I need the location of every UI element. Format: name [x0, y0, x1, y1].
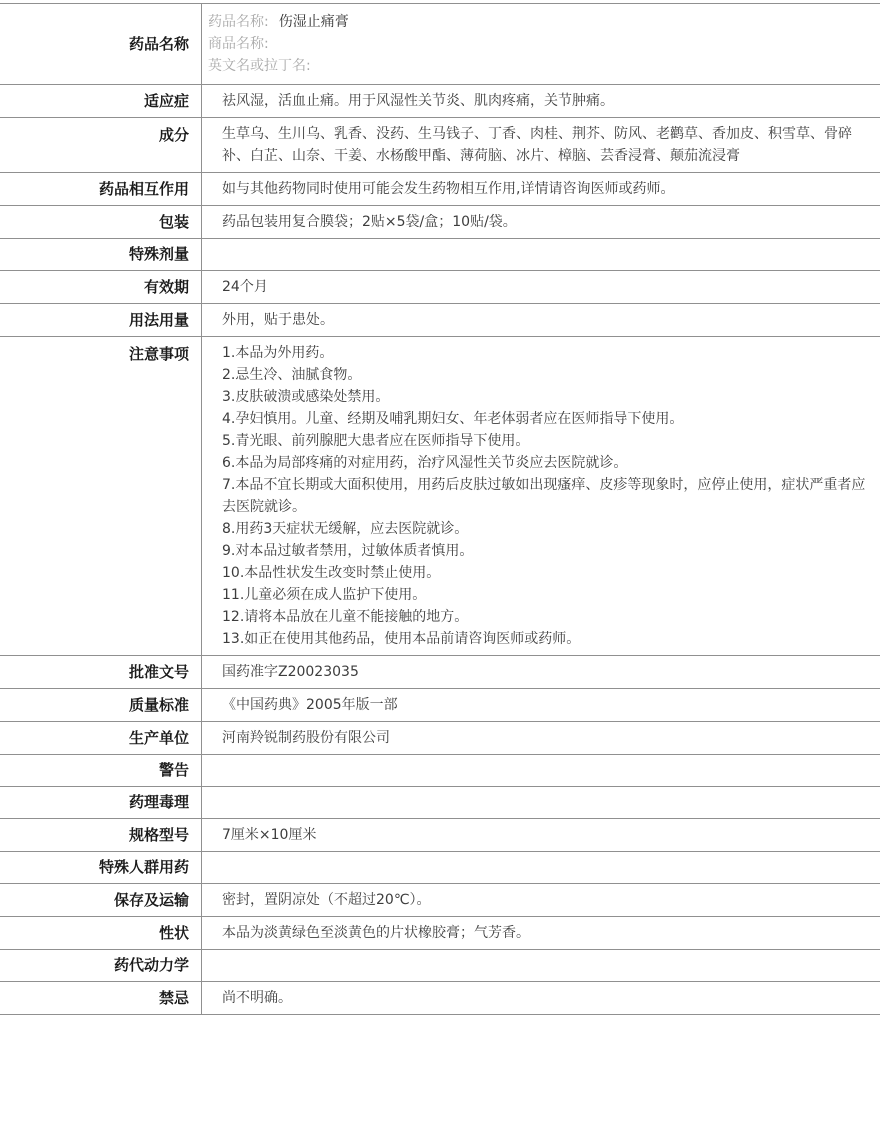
note-line: 10.本品性状发生改变时禁止使用。 [222, 562, 870, 584]
name-field-value: 伤湿止痛膏 [279, 14, 349, 30]
row-label: 性状 [0, 917, 202, 949]
table-row: 药理毒理 [0, 787, 880, 819]
table-row: 警告 [0, 755, 880, 787]
row-label: 药品名称 [0, 4, 202, 84]
table-row: 药代动力学 [0, 950, 880, 982]
content-text: 24个月 [222, 276, 870, 298]
row-content [202, 852, 880, 883]
row-content: 药品包装用复合膜袋；2贴×5袋/盒；10贴/袋。 [202, 206, 880, 238]
note-line: 7.本品不宜长期或大面积使用，用药后皮肤过敏如出现瘙痒、皮疹等现象时，应停止使用… [222, 474, 870, 518]
table-row-drug-name: 药品名称药品名称:伤湿止痛膏商品名称:英文名或拉丁名: [0, 4, 880, 85]
row-content: 国药准字Z20023035 [202, 656, 880, 688]
table-row: 特殊人群用药 [0, 852, 880, 884]
table-row: 适应症祛风湿，活血止痛。用于风湿性关节炎、肌肉疼痛，关节肿痛。 [0, 85, 880, 118]
table-row: 包装药品包装用复合膜袋；2贴×5袋/盒；10贴/袋。 [0, 206, 880, 239]
row-label: 有效期 [0, 271, 202, 303]
row-content: 密封，置阴凉处（不超过20℃）。 [202, 884, 880, 916]
note-line: 1.本品为外用药。 [222, 342, 870, 364]
table-row: 质量标准《中国药典》2005年版一部 [0, 689, 880, 722]
row-content: 7厘米×10厘米 [202, 819, 880, 851]
table-row: 药品相互作用如与其他药物同时使用可能会发生药物相互作用,详情请咨询医师或药师。 [0, 173, 880, 206]
note-line: 2.忌生冷、油腻食物。 [222, 364, 870, 386]
table-row: 特殊剂量 [0, 239, 880, 271]
row-label: 质量标准 [0, 689, 202, 721]
row-label: 适应症 [0, 85, 202, 117]
name-field-label: 药品名称: [208, 14, 269, 30]
name-field-line: 药品名称:伤湿止痛膏 [208, 11, 870, 33]
content-text: 外用，贴于患处。 [222, 309, 870, 331]
note-line: 4.孕妇慎用。儿童、经期及哺乳期妇女、年老体弱者应在医师指导下使用。 [222, 408, 870, 430]
name-field-label: 商品名称: [208, 36, 269, 52]
note-line: 9.对本品过敏者禁用，过敏体质者慎用。 [222, 540, 870, 562]
name-field-label: 英文名或拉丁名: [208, 58, 311, 74]
row-label: 药理毒理 [0, 787, 202, 818]
content-text: 祛风湿，活血止痛。用于风湿性关节炎、肌肉疼痛，关节肿痛。 [222, 90, 870, 112]
row-content [202, 787, 880, 818]
row-label: 包装 [0, 206, 202, 238]
row-label: 特殊人群用药 [0, 852, 202, 883]
table-row: 规格型号7厘米×10厘米 [0, 819, 880, 852]
content-text: 尚不明确。 [222, 987, 870, 1009]
name-field-line: 商品名称: [208, 33, 870, 55]
content-text: 密封，置阴凉处（不超过20℃）。 [222, 889, 870, 911]
row-label: 特殊剂量 [0, 239, 202, 270]
row-content: 本品为淡黄绿色至淡黄色的片状橡胶膏；气芳香。 [202, 917, 880, 949]
row-content: 《中国药典》2005年版一部 [202, 689, 880, 721]
table-row: 禁忌尚不明确。 [0, 982, 880, 1015]
note-line: 12.请将本品放在儿童不能接触的地方。 [222, 606, 870, 628]
note-line: 3.皮肤破溃或感染处禁用。 [222, 386, 870, 408]
row-label: 保存及运输 [0, 884, 202, 916]
row-content: 外用，贴于患处。 [202, 304, 880, 336]
content-text: 《中国药典》2005年版一部 [222, 694, 870, 716]
table-row: 用法用量外用，贴于患处。 [0, 304, 880, 337]
table-row: 注意事项1.本品为外用药。2.忌生冷、油腻食物。3.皮肤破溃或感染处禁用。4.孕… [0, 337, 880, 656]
note-line: 5.青光眼、前列腺肥大患者应在医师指导下使用。 [222, 430, 870, 452]
row-label: 批准文号 [0, 656, 202, 688]
note-line: 8.用药3天症状无缓解，应去医院就诊。 [222, 518, 870, 540]
row-label: 禁忌 [0, 982, 202, 1014]
name-field-line: 英文名或拉丁名: [208, 55, 870, 77]
table-row: 有效期24个月 [0, 271, 880, 304]
row-label: 注意事项 [0, 337, 202, 655]
row-content [202, 239, 880, 270]
row-content: 生草乌、生川乌、乳香、没药、生马钱子、丁香、肉桂、荆芥、防风、老鹳草、香加皮、积… [202, 118, 880, 172]
row-label: 规格型号 [0, 819, 202, 851]
table-row: 生产单位河南羚锐制药股份有限公司 [0, 722, 880, 755]
content-text: 药品包装用复合膜袋；2贴×5袋/盒；10贴/袋。 [222, 211, 870, 233]
row-label: 药代动力学 [0, 950, 202, 981]
row-label: 警告 [0, 755, 202, 786]
row-content: 如与其他药物同时使用可能会发生药物相互作用,详情请咨询医师或药师。 [202, 173, 880, 205]
drug-info-table: 药品名称药品名称:伤湿止痛膏商品名称:英文名或拉丁名:适应症祛风湿，活血止痛。用… [0, 3, 880, 1015]
content-text: 如与其他药物同时使用可能会发生药物相互作用,详情请咨询医师或药师。 [222, 178, 870, 200]
note-line: 11.儿童必须在成人监护下使用。 [222, 584, 870, 606]
row-label: 用法用量 [0, 304, 202, 336]
row-label: 成分 [0, 118, 202, 172]
row-content: 1.本品为外用药。2.忌生冷、油腻食物。3.皮肤破溃或感染处禁用。4.孕妇慎用。… [202, 337, 880, 655]
table-row: 批准文号国药准字Z20023035 [0, 656, 880, 689]
content-text: 河南羚锐制药股份有限公司 [222, 727, 870, 749]
note-line: 6.本品为局部疼痛的对症用药，治疗风湿性关节炎应去医院就诊。 [222, 452, 870, 474]
row-label: 生产单位 [0, 722, 202, 754]
row-content [202, 950, 880, 981]
row-content: 药品名称:伤湿止痛膏商品名称:英文名或拉丁名: [202, 4, 880, 84]
table-row: 成分生草乌、生川乌、乳香、没药、生马钱子、丁香、肉桂、荆芥、防风、老鹳草、香加皮… [0, 118, 880, 173]
note-line: 13.如正在使用其他药品，使用本品前请咨询医师或药师。 [222, 628, 870, 650]
row-content: 24个月 [202, 271, 880, 303]
content-text: 7厘米×10厘米 [222, 824, 870, 846]
content-text: 生草乌、生川乌、乳香、没药、生马钱子、丁香、肉桂、荆芥、防风、老鹳草、香加皮、积… [222, 123, 870, 167]
row-content: 尚不明确。 [202, 982, 880, 1014]
content-text: 国药准字Z20023035 [222, 661, 870, 683]
row-label: 药品相互作用 [0, 173, 202, 205]
table-row: 性状本品为淡黄绿色至淡黄色的片状橡胶膏；气芳香。 [0, 917, 880, 950]
table-row: 保存及运输密封，置阴凉处（不超过20℃）。 [0, 884, 880, 917]
row-content: 祛风湿，活血止痛。用于风湿性关节炎、肌肉疼痛，关节肿痛。 [202, 85, 880, 117]
row-content [202, 755, 880, 786]
content-text: 本品为淡黄绿色至淡黄色的片状橡胶膏；气芳香。 [222, 922, 870, 944]
row-content: 河南羚锐制药股份有限公司 [202, 722, 880, 754]
